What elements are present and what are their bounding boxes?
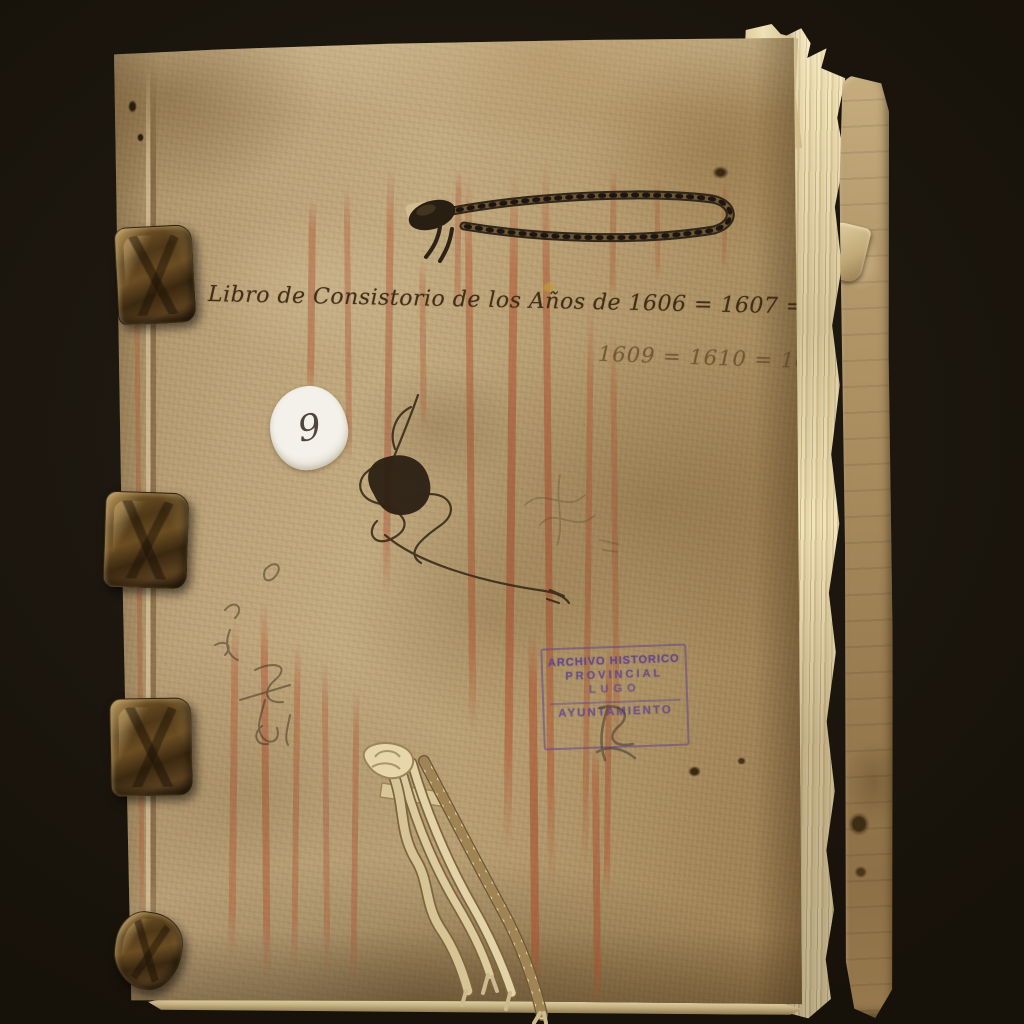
- wormhole-speck: [137, 133, 144, 142]
- parchment-ties: [320, 735, 650, 1024]
- flap-dark-spot: [854, 866, 867, 878]
- faint-scribbles: [505, 445, 655, 575]
- stamp-line-lugo: LUGO: [589, 682, 641, 696]
- vellum-flap-strip: [839, 74, 896, 1018]
- photo-background: Libro de Consistorio de los Años de 1606…: [0, 0, 1024, 1024]
- stamp-line-provincial: PROVINCIAL: [565, 667, 663, 682]
- paper-label-number: 9: [294, 406, 324, 450]
- braided-cord-loop: [400, 185, 755, 270]
- dark-stain-speck: [712, 166, 729, 179]
- flap-dark-spot: [848, 812, 870, 836]
- dark-stain-speck: [688, 766, 701, 777]
- leather-clasp-3: [109, 697, 193, 796]
- leather-clasp-1: [113, 224, 196, 326]
- dark-stain-speck: [737, 757, 746, 765]
- wormhole-speck: [128, 100, 137, 113]
- leather-clasp-2: [102, 491, 189, 590]
